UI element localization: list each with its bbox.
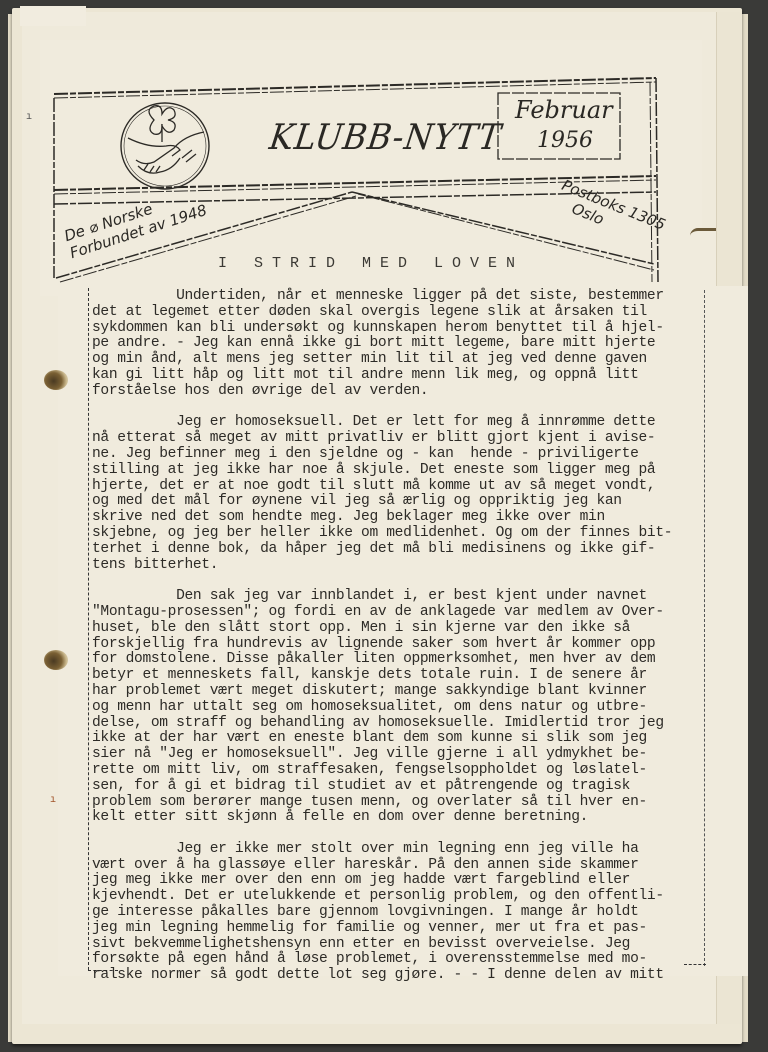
punch-hole-bottom: [44, 650, 68, 670]
text-line: sivt bekvemmelighetshensyn enn etter en …: [92, 937, 712, 953]
text-line: jeg meg ikke mer over den enn om jeg had…: [92, 873, 712, 889]
text-line: ikke at der har vært en eneste blant dem…: [92, 731, 712, 747]
text-line: for domstolene. Disse påkaller liten opp…: [92, 652, 712, 668]
text-line: nå etterat så meget av mitt privatliv er…: [92, 431, 712, 447]
margin-mark: ı: [50, 795, 56, 806]
text-line: og med det mål for øynene vil jeg så ærl…: [92, 494, 712, 510]
text-line: skrive ned det som hendte meg. Jeg bekla…: [92, 510, 712, 526]
text-line: Den sak jeg var innblandet i, er best kj…: [92, 589, 712, 605]
article-title: I STRID MED LOVEN: [218, 255, 524, 272]
issue-date-box: Februar 1956: [497, 92, 621, 160]
text-line: terhet i denne bok, da håper jeg det må …: [92, 542, 712, 558]
margin-mark: ı: [26, 112, 32, 123]
text-line: delse, om straff og behandling av homose…: [92, 716, 712, 732]
text-line: huset, ble den slått stort opp. Men i si…: [92, 621, 712, 637]
text-line: rette om mitt liv, om straffesaken, feng…: [92, 763, 712, 779]
text-line: forståelse hos den øvrige del av verden.: [92, 384, 712, 400]
text-line: forsøkte på egen hånd å løse problemet, …: [92, 952, 712, 968]
text-line: ge interesse påkalles bare gjennom lovgi…: [92, 905, 712, 921]
article-paragraph: Undertiden, når et menneske ligger på de…: [92, 289, 712, 400]
text-line: har problemet vært meget diskutert; mang…: [92, 684, 712, 700]
logo-emblem-icon: [118, 100, 212, 192]
article-body: Undertiden, når et menneske ligger på de…: [92, 289, 712, 984]
text-line: tens bitterhet.: [92, 558, 712, 574]
text-line: stilling at jeg ikke har noe å skjule. D…: [92, 463, 712, 479]
text-line: betyr et menneskets fall, kanskje dets t…: [92, 668, 712, 684]
text-line: pe andre. - Jeg kan ennå ikke gi bort mi…: [92, 336, 712, 352]
text-line: sykdommen kan bli undersøkt og kunnskape…: [92, 321, 712, 337]
text-line: "Montagu-prosessen"; og fordi en av de a…: [92, 605, 712, 621]
text-line: det at legemet etter døden skal overgis …: [92, 305, 712, 321]
text-line: jeg min legning hemmelig for familie og …: [92, 921, 712, 937]
punch-hole-top: [44, 370, 68, 390]
text-line: kjevhendt. Det er utelukkende et personl…: [92, 889, 712, 905]
text-line: vært over å ha glassøye eller hareskår. …: [92, 858, 712, 874]
text-line: hjerte, det er at noe godt til slutt må …: [92, 479, 712, 495]
article-paragraph: Jeg er homoseksuell. Det er lett for meg…: [92, 415, 712, 573]
text-line: ne. Jeg befinner meg i den sjeldne og - …: [92, 447, 712, 463]
newsletter-title: KLUBB-NYTT: [267, 116, 504, 158]
text-line: og min ånd, alt mens jeg setter min lit …: [92, 352, 712, 368]
torn-paper-edge: [690, 228, 716, 291]
text-line: Undertiden, når et menneske ligger på de…: [92, 289, 712, 305]
left-margin-rule: [88, 288, 90, 970]
article-paragraph: Jeg er ikke mer stolt over min legning e…: [92, 842, 712, 984]
paper-tab: [20, 6, 86, 26]
issue-month: Februar: [515, 96, 613, 124]
text-line: problem som berører mange tusen menn, og…: [92, 795, 712, 811]
text-line: ralske normer så godt dette lot seg gjør…: [92, 968, 712, 984]
article-paragraph: Den sak jeg var innblandet i, er best kj…: [92, 589, 712, 826]
text-line: forskjellig fra hundrevis av lignende sa…: [92, 637, 712, 653]
text-line: kelt etter sitt skjønn å felle en dom ov…: [92, 810, 712, 826]
text-line: sier nå "Jeg er homoseksuell". Jeg ville…: [92, 747, 712, 763]
text-line: og menn har uttalt seg om homoseksualite…: [92, 700, 712, 716]
text-line: kan gi litt håp og litt mot til andre me…: [92, 368, 712, 384]
text-line: Jeg er homoseksuell. Det er lett for meg…: [92, 415, 712, 431]
issue-year: 1956: [537, 128, 593, 153]
text-line: sen, for å gi et bidrag til studiet av e…: [92, 779, 712, 795]
text-line: Jeg er ikke mer stolt over min legning e…: [92, 842, 712, 858]
text-line: skjebne, og jeg ber heller ikke om medli…: [92, 526, 712, 542]
